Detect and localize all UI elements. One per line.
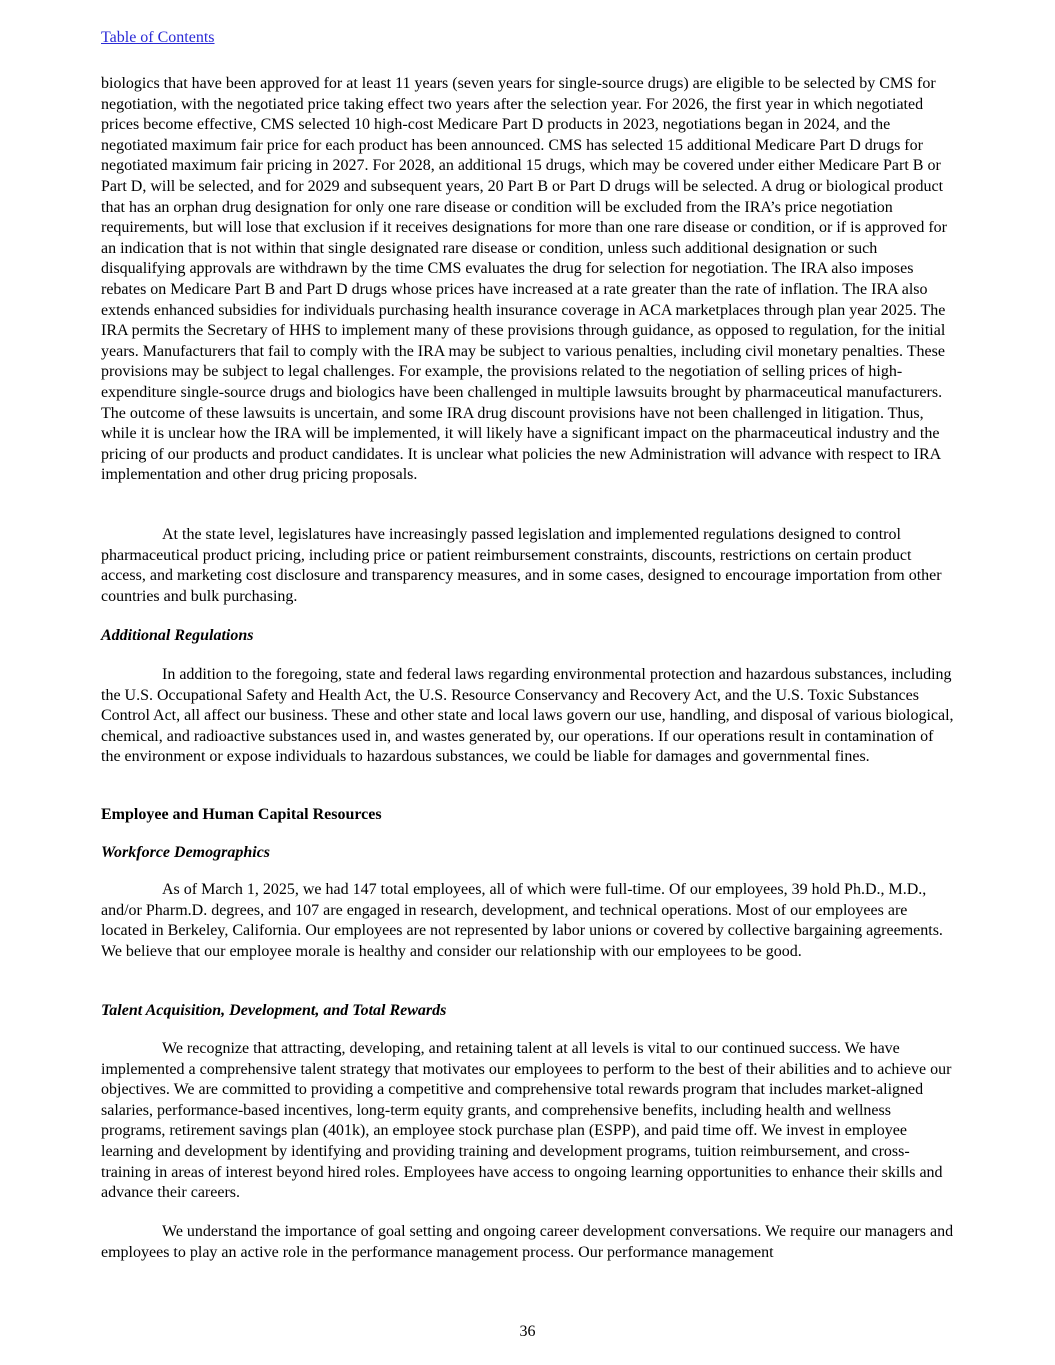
table-of-contents-link[interactable]: Table of Contents <box>101 28 215 48</box>
page-number: 36 <box>0 1322 1055 1342</box>
paragraph-state-level: At the state level, legislatures have in… <box>101 525 955 607</box>
heading-workforce-demographics: Workforce Demographics <box>101 843 270 863</box>
paragraph-ira-continued: biologics that have been approved for at… <box>101 74 955 486</box>
heading-talent-acquisition: Talent Acquisition, Development, and Tot… <box>101 1001 446 1021</box>
paragraph-workforce: As of March 1, 2025, we had 147 total em… <box>101 880 955 962</box>
paragraph-additional-regulations: In addition to the foregoing, state and … <box>101 665 955 768</box>
heading-employee-resources: Employee and Human Capital Resources <box>101 805 382 825</box>
paragraph-goal-setting: We understand the importance of goal set… <box>101 1222 955 1263</box>
paragraph-talent: We recognize that attracting, developing… <box>101 1039 955 1204</box>
heading-additional-regulations: Additional Regulations <box>101 626 253 646</box>
